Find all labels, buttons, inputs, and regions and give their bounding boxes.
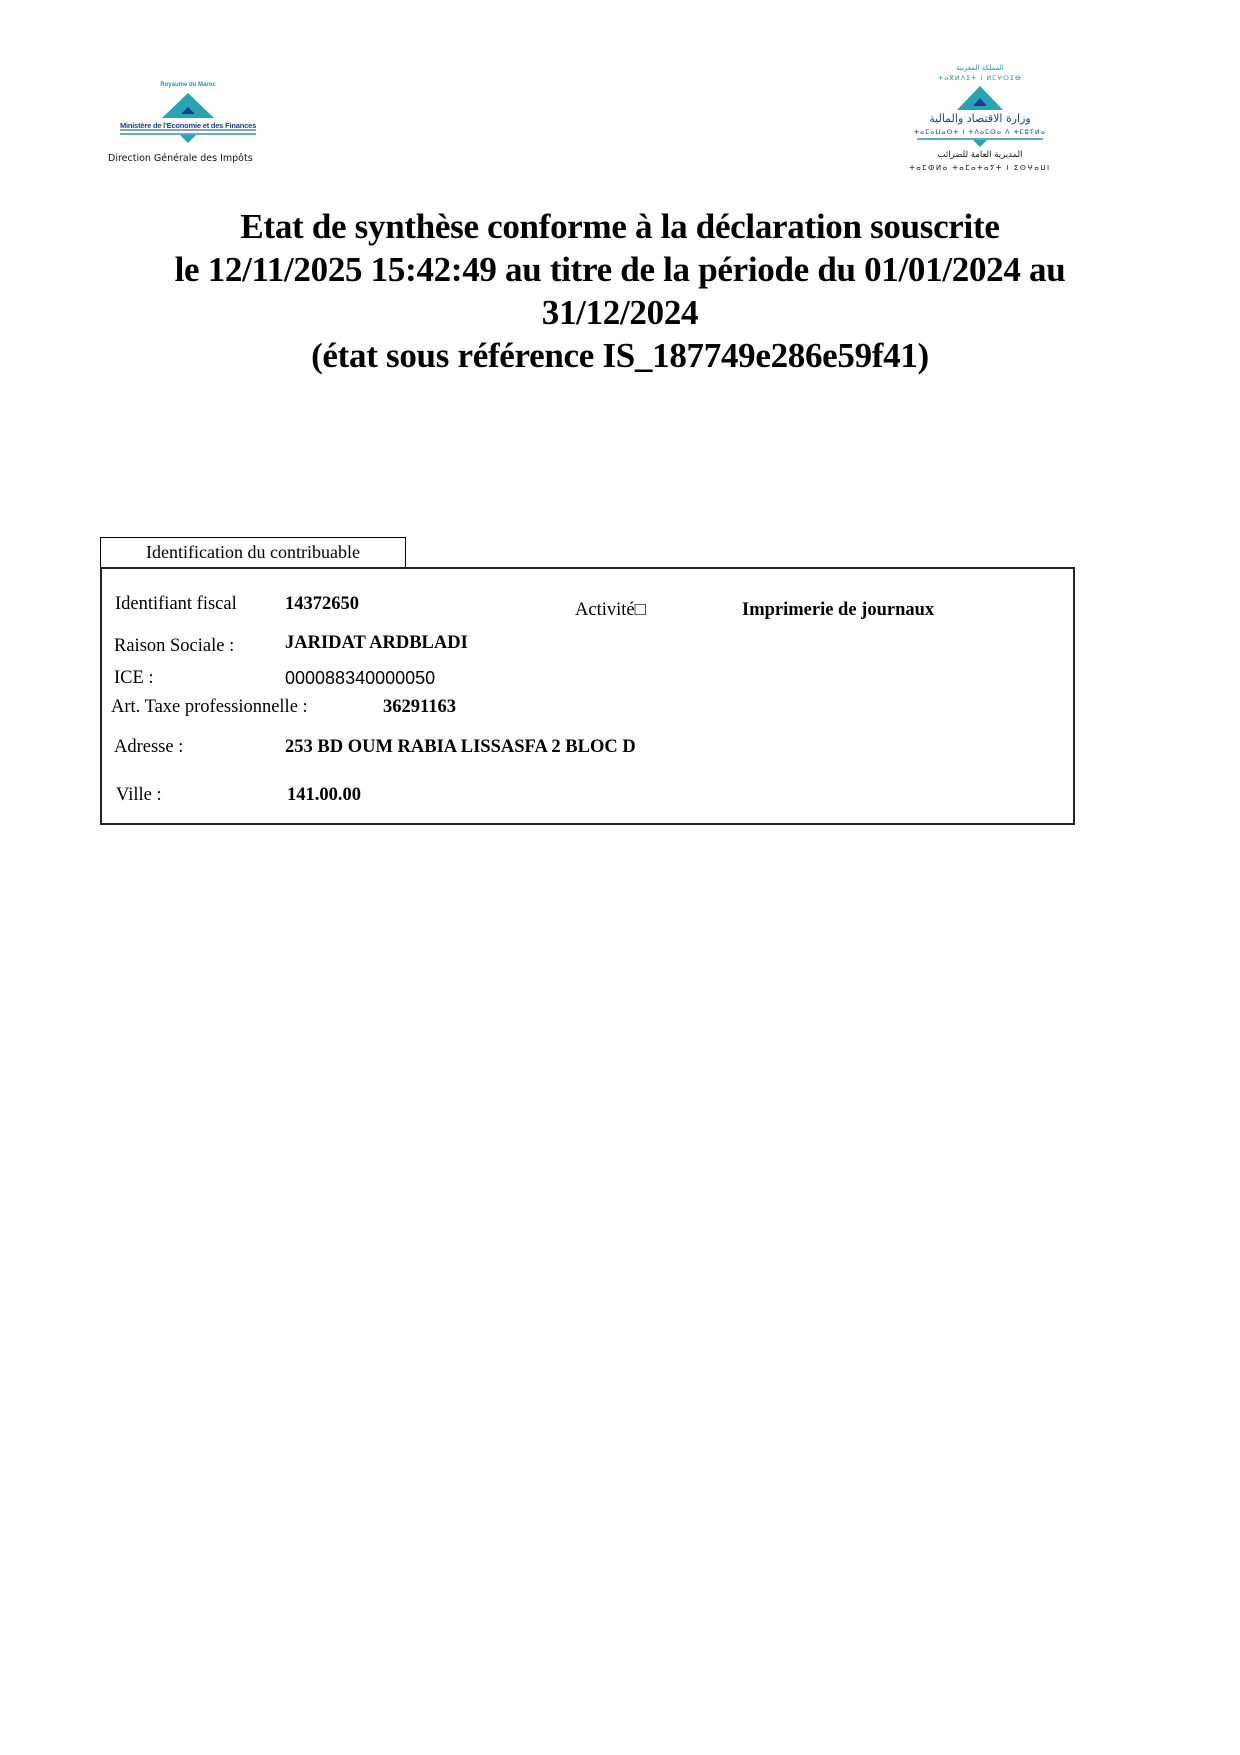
label-taxe-professionnelle: Art. Taxe professionnelle :: [111, 697, 308, 718]
label-adresse: Adresse :: [114, 737, 183, 758]
document-title: Etat de synthèse conforme à la déclarati…: [100, 205, 1140, 377]
dgi-logo-right: المملكة المغربية ⵜⴰⴳⵍⴷⵉⵜ ⵏ ⵍⵎⵖⵔⵉⴱ وزارة …: [895, 62, 1065, 180]
logo-direction-arabic: المديرية العامة للضرائب: [895, 150, 1065, 160]
value-ice: 000088340000050: [285, 668, 435, 689]
value-identifiant-fiscal: 14372650: [285, 594, 359, 615]
identification-box: Identifiant fiscal 14372650 Activité□ Im…: [100, 567, 1075, 825]
title-line-4: (état sous référence IS_187749e286e59f41…: [100, 334, 1140, 377]
dgi-logo-left: Royaume du Maroc Ministère de l'Economie…: [108, 78, 268, 170]
logo-ministry-arabic: وزارة الاقتصاد والمالية: [895, 112, 1065, 125]
label-raison-sociale: Raison Sociale :: [114, 636, 234, 657]
value-activite: Imprimerie de journaux: [742, 600, 934, 621]
logo-kingdom-arabic: المملكة المغربية: [895, 64, 1065, 72]
logo-ministry-tifinagh: ⵜⴰⵎⴰⵡⴰⵙⵜ ⵏ ⵜⴷⴰⵎⵙⴰ ⴷ ⵜⵎⵓⵢⵍⴰ: [895, 128, 1065, 136]
label-ice: ICE :: [114, 668, 154, 689]
value-taxe-professionnelle: 36291163: [383, 697, 456, 718]
title-line-1: Etat de synthèse conforme à la déclarati…: [100, 205, 1140, 248]
label-ville: Ville :: [116, 785, 162, 806]
logo-kingdom-tifinagh: ⵜⴰⴳⵍⴷⵉⵜ ⵏ ⵍⵎⵖⵔⵉⴱ: [895, 74, 1065, 82]
title-line-3: 31/12/2024: [100, 291, 1140, 334]
value-adresse: 253 BD OUM RABIA LISSASFA 2 BLOC D: [285, 737, 636, 758]
logo-direction-text: Direction Générale des Impôts: [108, 153, 268, 164]
logo-ministry-text: Ministère de l'Economie et des Finances: [108, 121, 268, 130]
section-title-identification: Identification du contribuable: [100, 537, 406, 567]
ministry-emblem-icon: [108, 78, 268, 158]
logo-direction-tifinagh: ⵜⴰⵎⵀⵍⴰ ⵜⴰⵎⴰⵜⴰⵢⵜ ⵏ ⵉⵙⵖⴰⵡⵏ: [895, 164, 1065, 172]
value-ville: 141.00.00: [287, 785, 361, 806]
title-line-2: le 12/11/2025 15:42:49 au titre de la pé…: [100, 248, 1140, 291]
label-identifiant-fiscal: Identifiant fiscal: [115, 594, 237, 615]
value-raison-sociale: JARIDAT ARDBLADI: [285, 633, 468, 654]
label-activite: Activité□: [575, 600, 646, 621]
